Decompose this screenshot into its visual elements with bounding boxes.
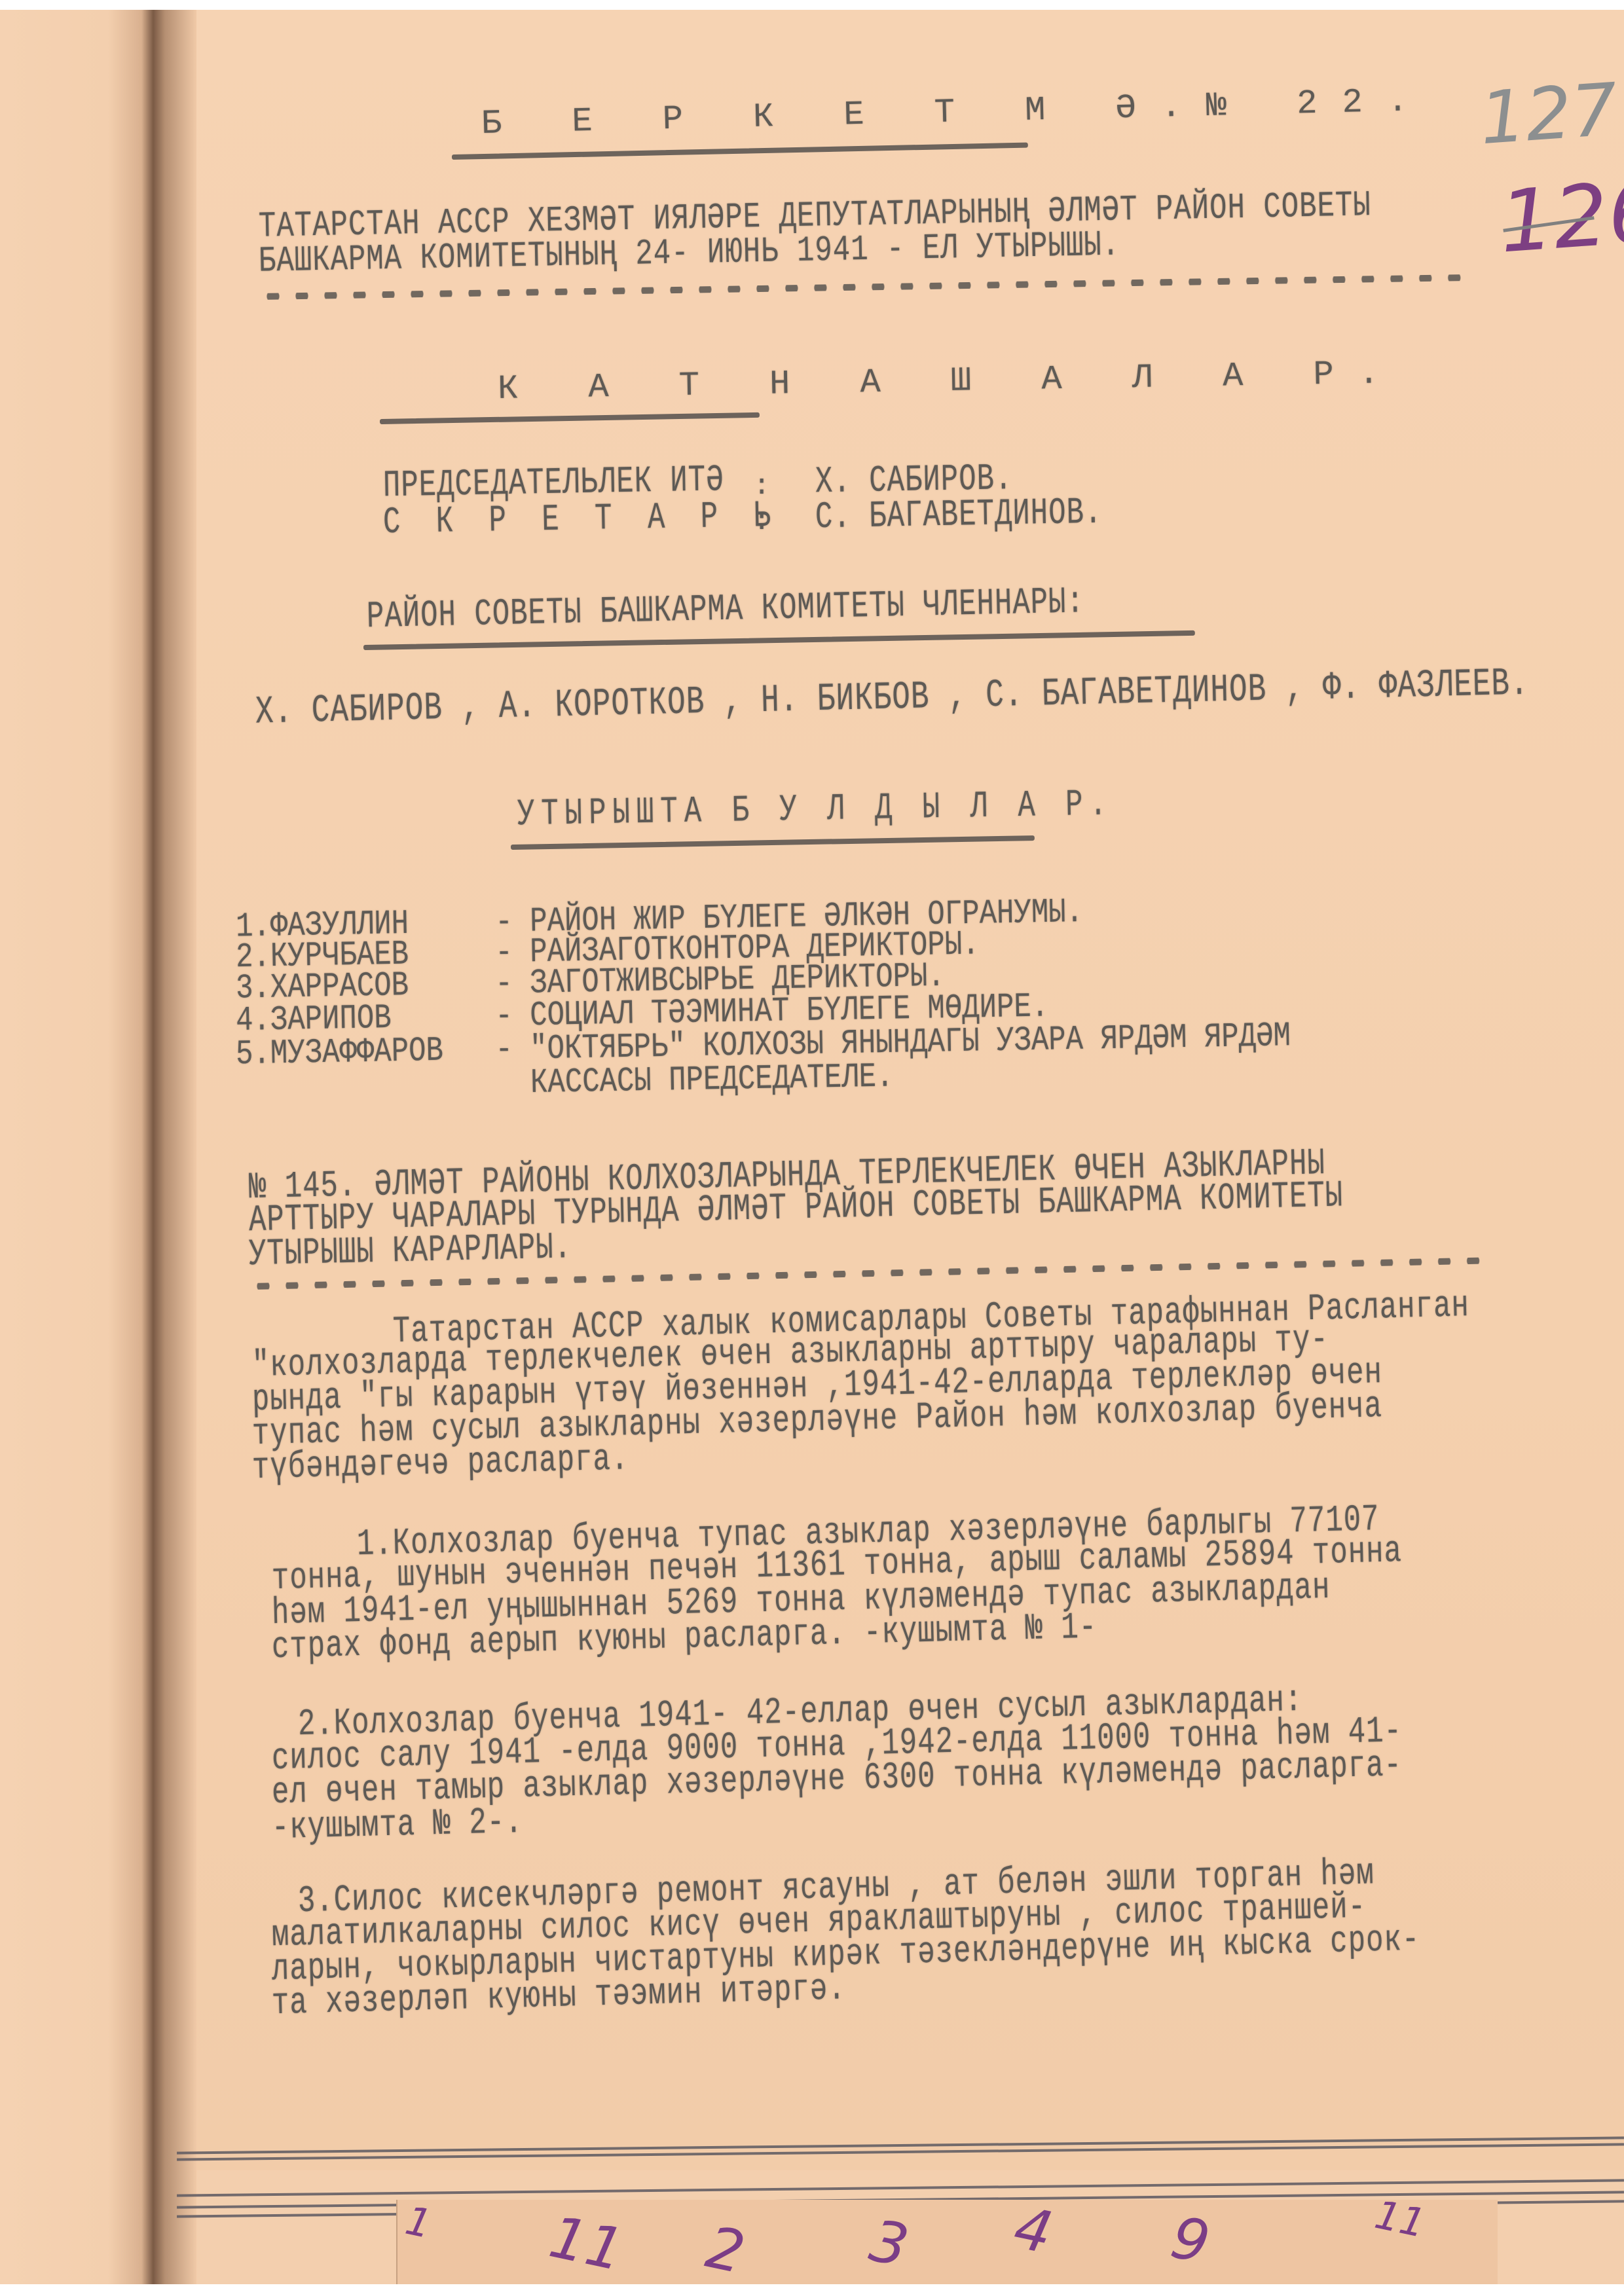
attendee-row-5-continuation: КАССАСЫ ПРЕДСЕДАТЕЛЕ.	[530, 1057, 894, 1103]
scan-bottom-border	[0, 2284, 1624, 2296]
attendee-name: 5.МУЗАФФАРОВ	[236, 1031, 479, 1074]
scan-top-border	[0, 0, 1624, 10]
attendee-dash: -	[495, 1030, 513, 1070]
pencil-page-number: 127	[1477, 67, 1620, 160]
ink-page-number: 126	[1496, 162, 1624, 272]
officer-role-secretary: С К Р Е Т А Р Ь	[382, 495, 780, 545]
officer-sep-secretary: :	[753, 505, 771, 538]
point-2-line-4: -кушымта № 2-.	[271, 1801, 523, 1850]
officer-name-secretary: С. БАГАВЕТДИНОВ.	[815, 492, 1103, 539]
resolution-heading-3: УТЫРЫШЫ КАРАРЛАРЫ.	[248, 1226, 572, 1276]
attendee-position-cont: КАССАСЫ ПРЕДСЕДАТЕЛЕ.	[530, 1057, 894, 1103]
left-facing-page	[0, 10, 196, 2284]
